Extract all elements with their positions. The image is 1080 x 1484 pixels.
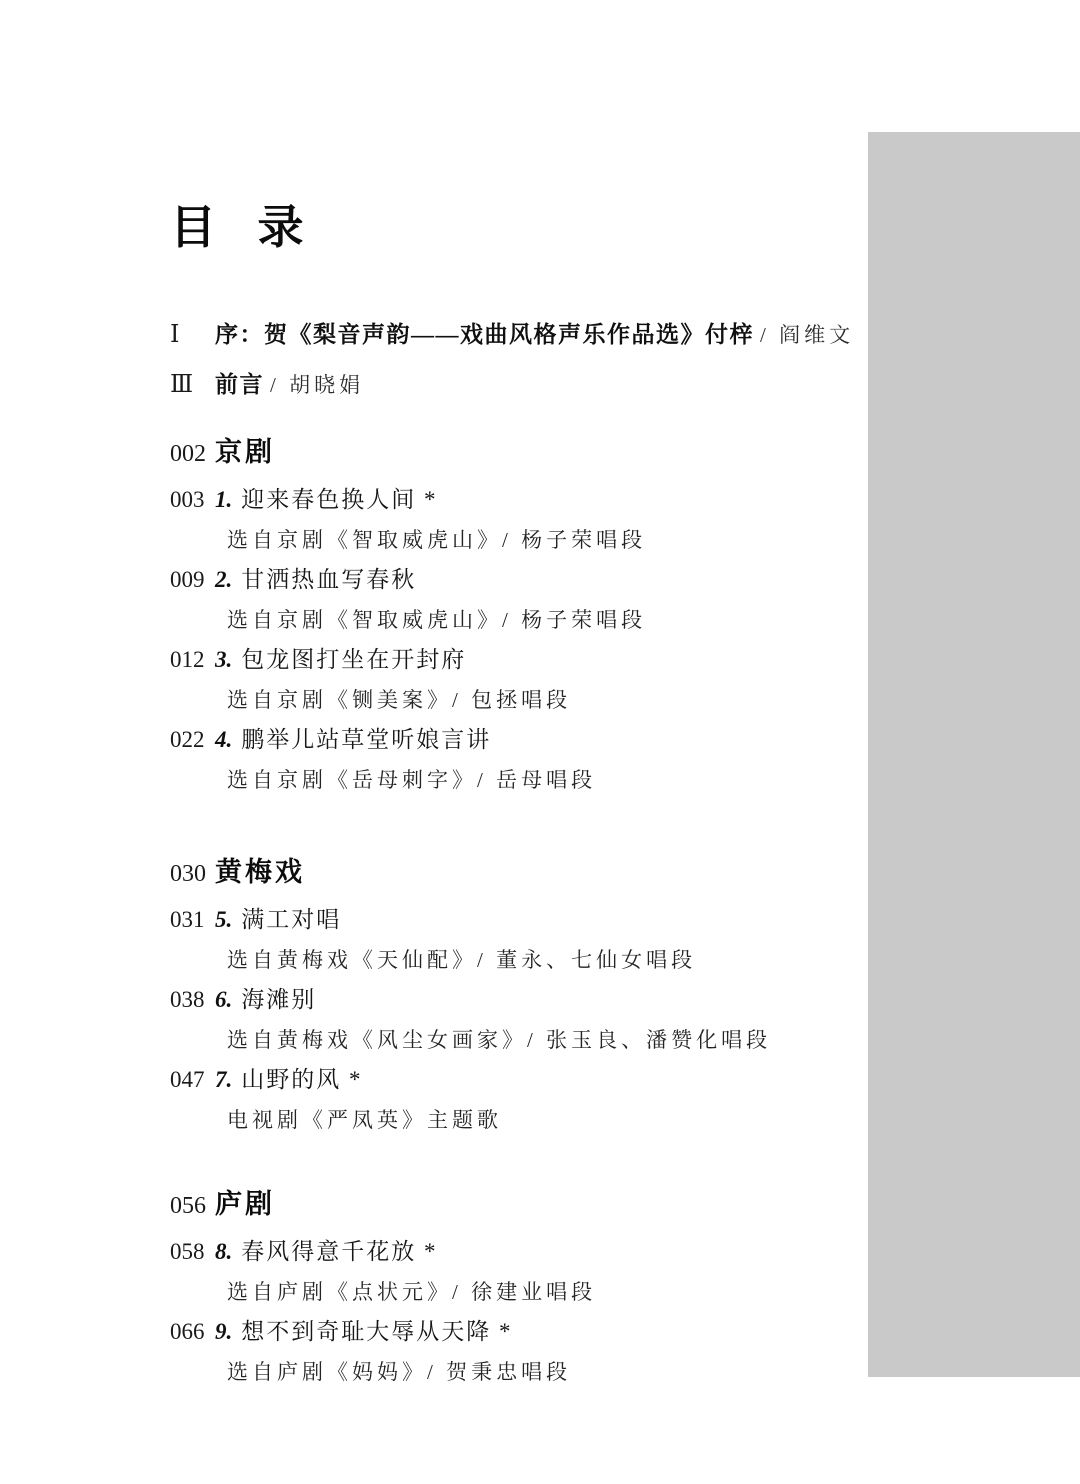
- section-header: 002 京剧: [170, 426, 850, 480]
- entry-number: 4.: [215, 720, 232, 760]
- entry-subtitle-row: 选自京剧《岳母刺字》/ 岳母唱段: [170, 760, 850, 800]
- entry-subtitle: 选自黄梅戏《风尘女画家》/ 张玉良、潘赞化唱段: [227, 1020, 771, 1060]
- entry-subtitle: 选自京剧《岳母刺字》/ 岳母唱段: [227, 760, 596, 800]
- section-header: 030 黄梅戏: [170, 846, 850, 900]
- entry-page-number: 038: [170, 980, 215, 1020]
- book-toc-page: 目 录 Ⅰ 序：贺《梨音声韵——戏曲风格声乐作品选》付梓 / 阎维文 Ⅲ 前言 …: [0, 0, 1080, 1484]
- section-title: 黄梅戏: [215, 846, 305, 898]
- entry-subtitle: 选自京剧《铡美案》/ 包拯唱段: [227, 680, 571, 720]
- entry-title: 甘洒热血写春秋: [241, 560, 416, 600]
- section-title: 京剧: [215, 426, 275, 478]
- entry-number: 3.: [215, 640, 232, 680]
- entry-subtitle: 选自京剧《智取威虎山》/ 杨子荣唱段: [227, 600, 646, 640]
- entry-title: 山野的风 *: [241, 1060, 362, 1100]
- entry-subtitle-row: 选自京剧《智取威虎山》/ 杨子荣唱段: [170, 520, 850, 560]
- entry-title: 包龙图打坐在开封府: [241, 640, 466, 680]
- entry-subtitle: 电视剧《严凤英》主题歌: [227, 1100, 502, 1140]
- entry-title: 春风得意千花放 *: [241, 1232, 437, 1272]
- entry-title: 满工对唱: [241, 900, 341, 940]
- entry-page-number: 022: [170, 720, 215, 760]
- front-matter-row-preface: Ⅰ 序：贺《梨音声韵——戏曲风格声乐作品选》付梓 / 阎维文: [170, 310, 850, 360]
- page-title: 目 录: [170, 200, 850, 256]
- front-matter-author: / 胡晓娟: [270, 361, 364, 410]
- front-matter-row-foreword: Ⅲ 前言 / 胡晓娟: [170, 360, 850, 410]
- entry-subtitle-row: 选自庐剧《妈妈》/ 贺秉忠唱段: [170, 1352, 850, 1392]
- entry-number: 5.: [215, 900, 232, 940]
- entry-page-number: 058: [170, 1232, 215, 1272]
- entry-title: 迎来春色换人间 *: [241, 480, 437, 520]
- entry-subtitle: 选自黄梅戏《天仙配》/ 董永、七仙女唱段: [227, 940, 696, 980]
- entry-number: 1.: [215, 480, 232, 520]
- entry-subtitle-row: 选自京剧《智取威虎山》/ 杨子荣唱段: [170, 600, 850, 640]
- toc-entry: 066 9. 想不到奇耻大辱从天降 *: [170, 1312, 850, 1352]
- entry-title: 想不到奇耻大辱从天降 *: [241, 1312, 512, 1352]
- section-luju: 056 庐剧 058 8. 春风得意千花放 * 选自庐剧《点状元》/ 徐建业唱段…: [170, 1178, 850, 1392]
- entry-subtitle: 选自庐剧《妈妈》/ 贺秉忠唱段: [227, 1352, 571, 1392]
- entry-subtitle-row: 选自黄梅戏《风尘女画家》/ 张玉良、潘赞化唱段: [170, 1020, 850, 1060]
- section-header: 056 庐剧: [170, 1178, 850, 1232]
- entry-subtitle: 选自庐剧《点状元》/ 徐建业唱段: [227, 1272, 596, 1312]
- section-huangmeixi: 030 黄梅戏 031 5. 满工对唱 选自黄梅戏《天仙配》/ 董永、七仙女唱段…: [170, 846, 850, 1140]
- entry-subtitle-row: 选自京剧《铡美案》/ 包拯唱段: [170, 680, 850, 720]
- entry-page-number: 003: [170, 480, 215, 520]
- toc-entry: 012 3. 包龙图打坐在开封府: [170, 640, 850, 680]
- toc-entry: 058 8. 春风得意千花放 *: [170, 1232, 850, 1272]
- entry-subtitle: 选自京剧《智取威虎山》/ 杨子荣唱段: [227, 520, 646, 560]
- front-matter-label: 序：贺《梨音声韵——戏曲风格声乐作品选》付梓: [215, 310, 754, 359]
- front-matter-page-number: Ⅰ: [170, 311, 215, 360]
- toc-entry: 009 2. 甘洒热血写春秋: [170, 560, 850, 600]
- toc-entry: 003 1. 迎来春色换人间 *: [170, 480, 850, 520]
- section-page-number: 056: [170, 1180, 215, 1232]
- toc-entry: 022 4. 鹏举儿站草堂听娘言讲: [170, 720, 850, 760]
- toc-entry: 031 5. 满工对唱: [170, 900, 850, 940]
- section-title: 庐剧: [215, 1178, 275, 1230]
- entry-subtitle-row: 选自黄梅戏《天仙配》/ 董永、七仙女唱段: [170, 940, 850, 980]
- right-gray-panel: [868, 132, 1080, 1377]
- front-matter: Ⅰ 序：贺《梨音声韵——戏曲风格声乐作品选》付梓 / 阎维文 Ⅲ 前言 / 胡晓…: [170, 310, 850, 410]
- entry-number: 2.: [215, 560, 232, 600]
- entry-number: 7.: [215, 1060, 232, 1100]
- entry-number: 6.: [215, 980, 232, 1020]
- front-matter-label: 前言: [215, 360, 264, 409]
- section-page-number: 030: [170, 848, 215, 900]
- entry-subtitle-row: 电视剧《严凤英》主题歌: [170, 1100, 850, 1140]
- entry-number: 8.: [215, 1232, 232, 1272]
- toc-entry: 047 7. 山野的风 *: [170, 1060, 850, 1100]
- entry-title: 鹏举儿站草堂听娘言讲: [241, 720, 491, 760]
- entry-number: 9.: [215, 1312, 232, 1352]
- section-page-number: 002: [170, 428, 215, 480]
- entry-subtitle-row: 选自庐剧《点状元》/ 徐建业唱段: [170, 1272, 850, 1312]
- entry-page-number: 012: [170, 640, 215, 680]
- front-matter-author: / 阎维文: [760, 311, 854, 360]
- front-matter-page-number: Ⅲ: [170, 361, 215, 410]
- entry-title: 海滩别: [241, 980, 316, 1020]
- entry-page-number: 031: [170, 900, 215, 940]
- section-jingju: 002 京剧 003 1. 迎来春色换人间 * 选自京剧《智取威虎山》/ 杨子荣…: [170, 426, 850, 800]
- toc-entry: 038 6. 海滩别: [170, 980, 850, 1020]
- entry-page-number: 066: [170, 1312, 215, 1352]
- toc-content: 目 录 Ⅰ 序：贺《梨音声韵——戏曲风格声乐作品选》付梓 / 阎维文 Ⅲ 前言 …: [170, 200, 850, 1392]
- entry-page-number: 047: [170, 1060, 215, 1100]
- entry-page-number: 009: [170, 560, 215, 600]
